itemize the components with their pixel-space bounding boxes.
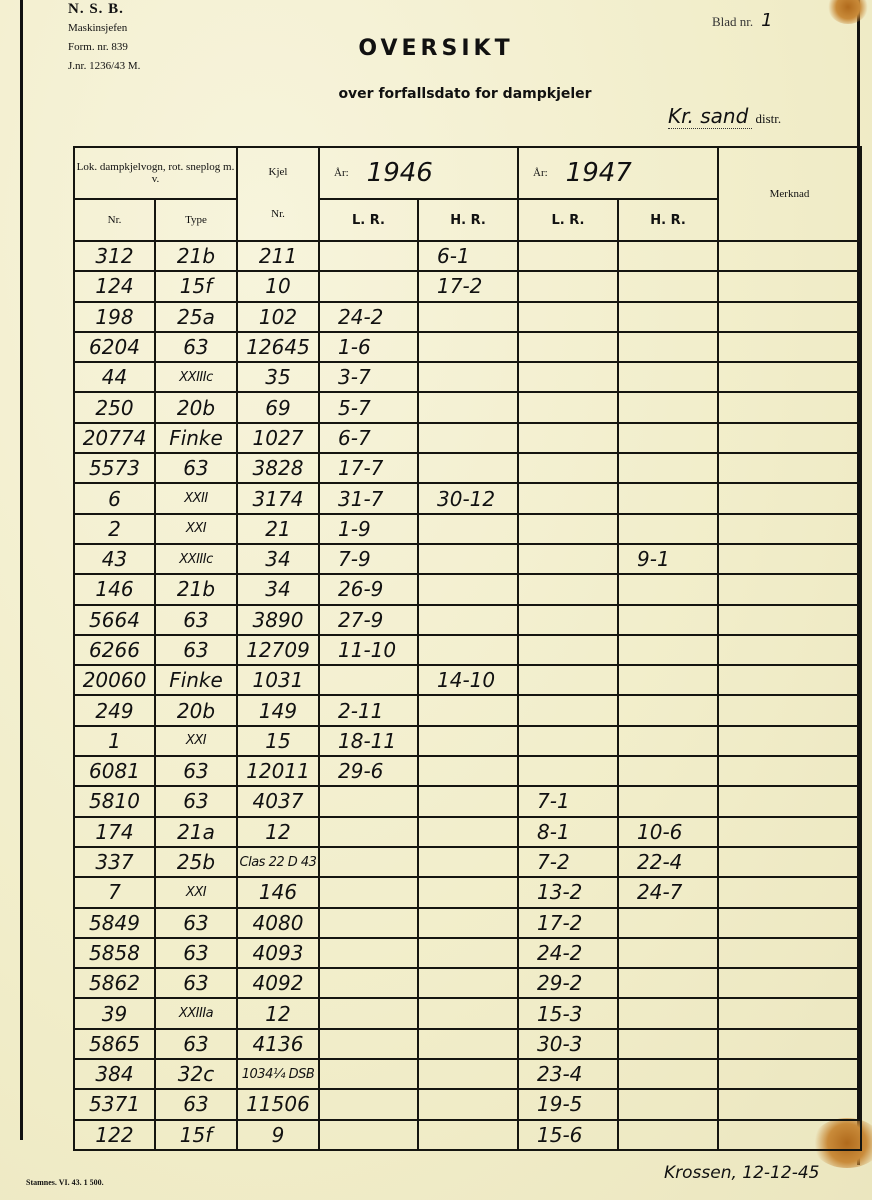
- table-row: 19825a10224-2: [74, 302, 861, 332]
- cell-loco-nr: 250: [74, 392, 155, 422]
- cell-loco-type: 21b: [155, 241, 237, 271]
- cell-remark: [718, 1089, 861, 1119]
- cell-loco-type: 15f: [155, 271, 237, 301]
- cell-loco-type: 63: [155, 756, 237, 786]
- year-label: År:: [533, 167, 548, 179]
- cell-lr-1946: 27-9: [319, 605, 418, 635]
- cell-boiler-nr: 3174: [237, 483, 319, 513]
- cell-hr-1946: [418, 514, 518, 544]
- cell-hr-1947: 24-7: [618, 877, 718, 907]
- cell-boiler-nr: 35: [237, 362, 319, 392]
- cell-loco-type: 32c: [155, 1059, 237, 1089]
- cell-remark: [718, 544, 861, 574]
- cell-lr-1947: [518, 483, 618, 513]
- cell-loco-type: XXI: [155, 514, 237, 544]
- cell-boiler-nr: 149: [237, 695, 319, 725]
- cell-boiler-nr: 15: [237, 726, 319, 756]
- cell-loco-nr: 124: [74, 271, 155, 301]
- table-row: 7XXI14613-224-7: [74, 877, 861, 907]
- cell-hr-1946: [418, 1059, 518, 1089]
- cell-remark: [718, 665, 861, 695]
- table-row: 584963408017-2: [74, 908, 861, 938]
- cell-hr-1947: [618, 574, 718, 604]
- cell-lr-1946: [319, 968, 418, 998]
- cell-boiler-nr: 69: [237, 392, 319, 422]
- cell-loco-type: 63: [155, 453, 237, 483]
- cell-loco-type: XXIIIa: [155, 998, 237, 1028]
- cell-loco-nr: 146: [74, 574, 155, 604]
- cell-hr-1947: [618, 756, 718, 786]
- page-title: OVERSIKT: [0, 36, 872, 61]
- cell-boiler-nr: 4037: [237, 786, 319, 816]
- cell-lr-1947: [518, 271, 618, 301]
- cell-loco-nr: 6204: [74, 332, 155, 362]
- cell-boiler-nr: 1031: [237, 665, 319, 695]
- cell-lr-1946: [319, 998, 418, 1028]
- cell-loco-nr: 5573: [74, 453, 155, 483]
- cell-loco-nr: 44: [74, 362, 155, 392]
- cell-hr-1946: [418, 574, 518, 604]
- cell-loco-nr: 20774: [74, 423, 155, 453]
- table-row: 6XXII317431-730-12: [74, 483, 861, 513]
- table-row: 1XXI1518-11: [74, 726, 861, 756]
- cell-loco-nr: 43: [74, 544, 155, 574]
- cell-remark: [718, 968, 861, 998]
- org-name: N. S. B.: [68, 0, 140, 19]
- cell-hr-1947: [618, 1029, 718, 1059]
- header-year-1947: År:1947: [518, 147, 718, 199]
- cell-lr-1946: 18-11: [319, 726, 418, 756]
- table-row: 43XXIIIc347-99-1: [74, 544, 861, 574]
- cell-hr-1947: [618, 302, 718, 332]
- table-row: 12215f915-6: [74, 1120, 861, 1150]
- cell-hr-1946: [418, 786, 518, 816]
- cell-loco-type: 63: [155, 605, 237, 635]
- cell-remark: [718, 635, 861, 665]
- cell-hr-1946: [418, 362, 518, 392]
- header-loco-nr: Nr.: [74, 199, 155, 241]
- cell-remark: [718, 695, 861, 725]
- cell-hr-1946: 17-2: [418, 271, 518, 301]
- cell-loco-type: 63: [155, 635, 237, 665]
- cell-lr-1947: 7-2: [518, 847, 618, 877]
- table-row: 58106340377-1: [74, 786, 861, 816]
- table-row: 17421a128-110-6: [74, 817, 861, 847]
- cell-loco-type: 25a: [155, 302, 237, 332]
- cell-hr-1946: 14-10: [418, 665, 518, 695]
- cell-lr-1947: 15-3: [518, 998, 618, 1028]
- cell-hr-1947: [618, 483, 718, 513]
- cell-boiler-nr: 4092: [237, 968, 319, 998]
- cell-loco-type: Finke: [155, 423, 237, 453]
- header-boiler-label: Kjel: [238, 166, 318, 178]
- cell-hr-1946: [418, 877, 518, 907]
- cell-lr-1947: 23-4: [518, 1059, 618, 1089]
- cell-loco-type: 63: [155, 938, 237, 968]
- cell-hr-1946: [418, 635, 518, 665]
- cell-loco-type: 20b: [155, 695, 237, 725]
- cell-boiler-nr: 12645: [237, 332, 319, 362]
- table-row: 6081631201129-6: [74, 756, 861, 786]
- cell-loco-nr: 6: [74, 483, 155, 513]
- page-subtitle: over forfallsdato for dampkjeler: [0, 86, 872, 102]
- cell-lr-1947: [518, 544, 618, 574]
- cell-lr-1947: 15-6: [518, 1120, 618, 1150]
- cell-hr-1947: [618, 908, 718, 938]
- cell-lr-1947: 7-1: [518, 786, 618, 816]
- cell-loco-type: XXI: [155, 877, 237, 907]
- cell-hr-1947: 22-4: [618, 847, 718, 877]
- cell-hr-1947: [618, 1120, 718, 1150]
- cell-lr-1947: 17-2: [518, 908, 618, 938]
- table-row: 566463389027-9: [74, 605, 861, 635]
- cell-lr-1947: [518, 756, 618, 786]
- cell-lr-1947: [518, 241, 618, 271]
- cell-remark: [718, 453, 861, 483]
- cell-loco-nr: 312: [74, 241, 155, 271]
- cell-loco-nr: 5849: [74, 908, 155, 938]
- cell-lr-1947: 19-5: [518, 1089, 618, 1119]
- cell-loco-nr: 39: [74, 998, 155, 1028]
- header-loco-group: Lok. dampkjelvogn, rot. sneplog m. v.: [74, 147, 237, 199]
- cell-loco-type: XXIIIc: [155, 544, 237, 574]
- cell-remark: [718, 483, 861, 513]
- cell-lr-1946: 3-7: [319, 362, 418, 392]
- cell-lr-1946: [319, 877, 418, 907]
- cell-lr-1946: 24-2: [319, 302, 418, 332]
- cell-loco-nr: 337: [74, 847, 155, 877]
- table-row: 25020b695-7: [74, 392, 861, 422]
- cell-loco-nr: 20060: [74, 665, 155, 695]
- cell-boiler-nr: 9: [237, 1120, 319, 1150]
- cell-loco-nr: 5865: [74, 1029, 155, 1059]
- cell-lr-1946: 2-11: [319, 695, 418, 725]
- cell-boiler-nr: 12: [237, 998, 319, 1028]
- cell-lr-1947: [518, 695, 618, 725]
- cell-loco-nr: 6081: [74, 756, 155, 786]
- cell-lr-1946: 11-10: [319, 635, 418, 665]
- cell-loco-type: 63: [155, 968, 237, 998]
- cell-loco-nr: 174: [74, 817, 155, 847]
- cell-hr-1946: [418, 453, 518, 483]
- cell-boiler-nr: 21: [237, 514, 319, 544]
- cell-lr-1946: [319, 271, 418, 301]
- cell-lr-1947: [518, 574, 618, 604]
- cell-loco-type: 63: [155, 1089, 237, 1119]
- cell-lr-1947: [518, 726, 618, 756]
- cell-lr-1947: 29-2: [518, 968, 618, 998]
- cell-loco-nr: 122: [74, 1120, 155, 1150]
- cell-lr-1947: [518, 423, 618, 453]
- cell-hr-1946: [418, 968, 518, 998]
- printer-imprint: Stamnes. VI. 43. 1 500.: [26, 1178, 104, 1187]
- cell-loco-type: 21a: [155, 817, 237, 847]
- cell-remark: [718, 1120, 861, 1150]
- boiler-due-date-table: Lok. dampkjelvogn, rot. sneplog m. v. Kj…: [73, 146, 862, 1151]
- cell-boiler-nr: 11506: [237, 1089, 319, 1119]
- cell-boiler-nr: 1027: [237, 423, 319, 453]
- cell-loco-nr: 2: [74, 514, 155, 544]
- cell-lr-1946: 17-7: [319, 453, 418, 483]
- cell-loco-nr: 249: [74, 695, 155, 725]
- cell-lr-1946: 7-9: [319, 544, 418, 574]
- header-loco-type: Type: [155, 199, 237, 241]
- table-row: 2XXI211-9: [74, 514, 861, 544]
- cell-remark: [718, 938, 861, 968]
- table-row: 39XXIIIa1215-3: [74, 998, 861, 1028]
- cell-loco-type: Finke: [155, 665, 237, 695]
- cell-hr-1947: [618, 665, 718, 695]
- cell-hr-1946: [418, 605, 518, 635]
- cell-lr-1947: [518, 302, 618, 332]
- sheet-value: 1: [761, 10, 772, 31]
- table-row: 620463126451-6: [74, 332, 861, 362]
- cell-loco-nr: 5858: [74, 938, 155, 968]
- cell-loco-nr: 5862: [74, 968, 155, 998]
- cell-lr-1946: 1-9: [319, 514, 418, 544]
- cell-hr-1946: [418, 908, 518, 938]
- table-row: 44XXIIIc353-7: [74, 362, 861, 392]
- cell-loco-type: XXII: [155, 483, 237, 513]
- table-row: 6266631270911-10: [74, 635, 861, 665]
- table-row: 557363382817-7: [74, 453, 861, 483]
- cell-lr-1947: [518, 635, 618, 665]
- year-label: År:: [334, 167, 349, 179]
- cell-boiler-nr: 3828: [237, 453, 319, 483]
- district-value: Kr. sand: [668, 104, 752, 129]
- header-lr-1946: L. R.: [319, 199, 418, 241]
- cell-remark: [718, 847, 861, 877]
- cell-remark: [718, 1059, 861, 1089]
- cell-loco-type: 15f: [155, 1120, 237, 1150]
- cell-remark: [718, 241, 861, 271]
- header-boiler-nr: Nr.: [238, 208, 318, 220]
- cell-remark: [718, 908, 861, 938]
- cell-hr-1947: [618, 1059, 718, 1089]
- cell-loco-type: 20b: [155, 392, 237, 422]
- district-field: Kr. sand distr.: [668, 104, 781, 128]
- cell-lr-1946: [319, 938, 418, 968]
- cell-hr-1947: [618, 635, 718, 665]
- table-row: 24920b1492-11: [74, 695, 861, 725]
- signature: Krossen, 12-12-45: [664, 1163, 819, 1183]
- table-row: 12415f1017-2: [74, 271, 861, 301]
- cell-lr-1947: [518, 514, 618, 544]
- cell-loco-type: 63: [155, 332, 237, 362]
- cell-boiler-nr: 34: [237, 544, 319, 574]
- cell-hr-1947: [618, 423, 718, 453]
- rust-stain: [828, 0, 868, 24]
- cell-hr-1946: 6-1: [418, 241, 518, 271]
- cell-remark: [718, 271, 861, 301]
- table-row: 31221b2116-1: [74, 241, 861, 271]
- cell-lr-1946: 26-9: [319, 574, 418, 604]
- cell-lr-1946: 29-6: [319, 756, 418, 786]
- cell-lr-1946: 1-6: [319, 332, 418, 362]
- cell-boiler-nr: 4093: [237, 938, 319, 968]
- cell-boiler-nr: 1034¼ DSB: [237, 1059, 319, 1089]
- cell-remark: [718, 332, 861, 362]
- cell-lr-1947: [518, 453, 618, 483]
- cell-remark: [718, 605, 861, 635]
- cell-hr-1946: [418, 938, 518, 968]
- cell-hr-1946: [418, 544, 518, 574]
- cell-hr-1946: [418, 332, 518, 362]
- cell-hr-1947: [618, 362, 718, 392]
- cell-remark: [718, 514, 861, 544]
- cell-boiler-nr: 211: [237, 241, 319, 271]
- cell-lr-1947: [518, 362, 618, 392]
- left-margin-rule: [20, 0, 23, 1140]
- cell-hr-1947: [618, 605, 718, 635]
- cell-remark: [718, 1029, 861, 1059]
- cell-hr-1947: [618, 514, 718, 544]
- cell-loco-type: XXIIIc: [155, 362, 237, 392]
- cell-boiler-nr: 12011: [237, 756, 319, 786]
- cell-hr-1947: [618, 786, 718, 816]
- cell-remark: [718, 817, 861, 847]
- cell-remark: [718, 392, 861, 422]
- cell-boiler-nr: 34: [237, 574, 319, 604]
- sheet-number: Blad nr.1: [712, 10, 773, 31]
- cell-hr-1946: [418, 756, 518, 786]
- cell-boiler-nr: 146: [237, 877, 319, 907]
- cell-hr-1947: [618, 726, 718, 756]
- cell-remark: [718, 726, 861, 756]
- table-row: 33725bClas 22 D 437-222-4: [74, 847, 861, 877]
- table-row: 14621b3426-9: [74, 574, 861, 604]
- cell-remark: [718, 756, 861, 786]
- cell-lr-1946: 6-7: [319, 423, 418, 453]
- cell-loco-type: 25b: [155, 847, 237, 877]
- cell-hr-1946: [418, 726, 518, 756]
- table-row: 20774Finke10276-7: [74, 423, 861, 453]
- table-body: 31221b2116-112415f1017-219825a10224-2620…: [74, 241, 861, 1150]
- cell-loco-nr: 6266: [74, 635, 155, 665]
- sheet-label: Blad nr.: [712, 14, 753, 29]
- cell-hr-1946: [418, 1089, 518, 1119]
- cell-loco-type: 21b: [155, 574, 237, 604]
- cell-loco-nr: 5371: [74, 1089, 155, 1119]
- header-boiler: Kjel Nr.: [237, 147, 319, 241]
- header-hr-1946: H. R.: [418, 199, 518, 241]
- cell-hr-1946: [418, 1029, 518, 1059]
- cell-boiler-nr: 10: [237, 271, 319, 301]
- cell-hr-1947: [618, 695, 718, 725]
- table-row: 5371631150619-5: [74, 1089, 861, 1119]
- cell-hr-1947: [618, 968, 718, 998]
- cell-lr-1946: [319, 665, 418, 695]
- cell-loco-nr: 1: [74, 726, 155, 756]
- cell-loco-nr: 198: [74, 302, 155, 332]
- cell-lr-1947: 13-2: [518, 877, 618, 907]
- cell-hr-1947: [618, 332, 718, 362]
- cell-loco-type: 63: [155, 786, 237, 816]
- cell-lr-1947: [518, 392, 618, 422]
- cell-lr-1947: [518, 605, 618, 635]
- cell-remark: [718, 423, 861, 453]
- cell-loco-nr: 384: [74, 1059, 155, 1089]
- cell-hr-1947: [618, 241, 718, 271]
- cell-hr-1946: [418, 1120, 518, 1150]
- table-row: 38432c1034¼ DSB23-4: [74, 1059, 861, 1089]
- cell-boiler-nr: 3890: [237, 605, 319, 635]
- cell-remark: [718, 362, 861, 392]
- cell-hr-1946: [418, 423, 518, 453]
- cell-boiler-nr: 12709: [237, 635, 319, 665]
- cell-lr-1947: 8-1: [518, 817, 618, 847]
- year-value: 1946: [367, 158, 433, 188]
- cell-lr-1946: 5-7: [319, 392, 418, 422]
- cell-lr-1946: [319, 817, 418, 847]
- year-value: 1947: [566, 158, 632, 188]
- table-row: 586563413630-3: [74, 1029, 861, 1059]
- cell-hr-1946: 30-12: [418, 483, 518, 513]
- cell-lr-1946: 31-7: [319, 483, 418, 513]
- cell-hr-1947: [618, 392, 718, 422]
- cell-remark: [718, 786, 861, 816]
- cell-lr-1947: 24-2: [518, 938, 618, 968]
- cell-lr-1946: [319, 1089, 418, 1119]
- cell-remark: [718, 998, 861, 1028]
- cell-boiler-nr: 12: [237, 817, 319, 847]
- header-lr-1947: L. R.: [518, 199, 618, 241]
- table-row: 585863409324-2: [74, 938, 861, 968]
- cell-hr-1946: [418, 302, 518, 332]
- cell-loco-type: XXI: [155, 726, 237, 756]
- cell-hr-1947: [618, 998, 718, 1028]
- cell-loco-type: 63: [155, 1029, 237, 1059]
- cell-hr-1947: [618, 938, 718, 968]
- cell-boiler-nr: 4080: [237, 908, 319, 938]
- cell-boiler-nr: 102: [237, 302, 319, 332]
- cell-hr-1946: [418, 998, 518, 1028]
- cell-hr-1946: [418, 695, 518, 725]
- cell-hr-1947: [618, 453, 718, 483]
- cell-loco-nr: 5810: [74, 786, 155, 816]
- cell-loco-nr: 5664: [74, 605, 155, 635]
- cell-boiler-nr: Clas 22 D 43: [237, 847, 319, 877]
- cell-hr-1946: [418, 817, 518, 847]
- cell-hr-1947: [618, 271, 718, 301]
- cell-lr-1946: [319, 786, 418, 816]
- cell-lr-1947: 30-3: [518, 1029, 618, 1059]
- cell-lr-1946: [319, 241, 418, 271]
- cell-lr-1946: [319, 847, 418, 877]
- cell-hr-1947: 10-6: [618, 817, 718, 847]
- cell-remark: [718, 574, 861, 604]
- cell-hr-1947: [618, 1089, 718, 1119]
- district-label: distr.: [756, 111, 782, 126]
- cell-lr-1946: [319, 1120, 418, 1150]
- cell-lr-1946: [319, 1029, 418, 1059]
- cell-lr-1947: [518, 332, 618, 362]
- cell-remark: [718, 877, 861, 907]
- cell-lr-1946: [319, 1059, 418, 1089]
- header-remark: Merknad: [718, 147, 861, 241]
- table-row: 20060Finke103114-10: [74, 665, 861, 695]
- header-year-1946: År:1946: [319, 147, 518, 199]
- cell-lr-1946: [319, 908, 418, 938]
- cell-loco-nr: 7: [74, 877, 155, 907]
- table-row: 586263409229-2: [74, 968, 861, 998]
- cell-hr-1946: [418, 847, 518, 877]
- cell-lr-1947: [518, 665, 618, 695]
- cell-boiler-nr: 4136: [237, 1029, 319, 1059]
- cell-loco-type: 63: [155, 908, 237, 938]
- cell-hr-1946: [418, 392, 518, 422]
- cell-remark: [718, 302, 861, 332]
